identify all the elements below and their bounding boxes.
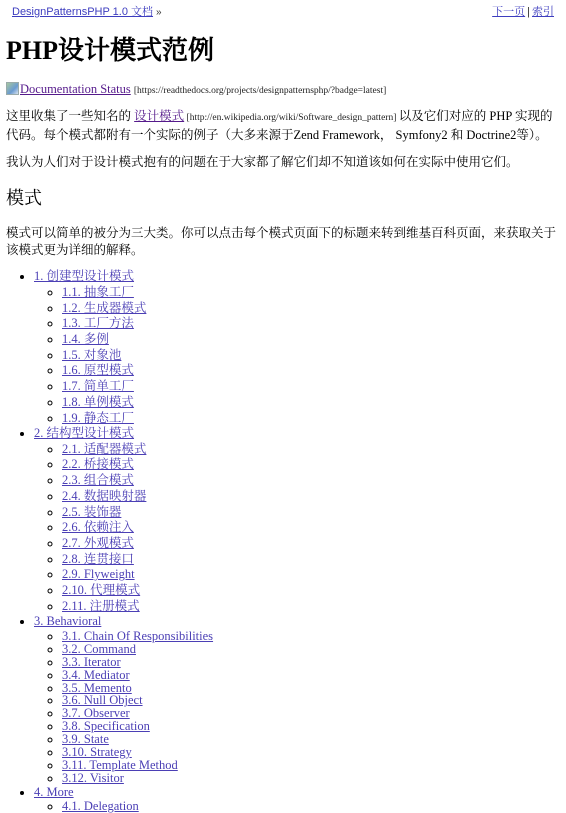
toc-link[interactable]: 3.1. Chain Of Responsibilities [62,629,213,643]
toc-subsection-list: 3.1. Chain Of Responsibilities 3.2. Comm… [34,630,558,785]
toc-link[interactable]: 3.5. Memento [62,681,132,695]
next-page-link[interactable]: 下一页 [492,6,525,18]
toc-link[interactable]: 3.2. Command [62,642,136,656]
documentation-status-link[interactable]: Documentation Status [6,82,131,96]
toc-subsection-list: 1.1. 抽象工厂 1.2. 生成器模式 1.3. 工厂方法 1.4. 多例 1… [34,285,558,426]
toc-link[interactable]: 3.9. State [62,732,109,746]
design-patterns-url: [http://en.wikipedia.org/wiki/Software_d… [184,113,399,123]
toc-link[interactable]: 1.6. 原型模式 [62,363,134,377]
toc-item: 3.9. State [62,733,558,746]
toc-link[interactable]: 3.4. Mediator [62,668,130,682]
toc-link[interactable]: 1.7. 简单工厂 [62,379,134,393]
toc-link-more[interactable]: 4. More [34,785,74,799]
toc-link-behavioral[interactable]: 3. Behavioral [34,614,101,628]
document-body: Documentation Status [https://readthedoc… [6,80,558,800]
toc-item: 3.11. Template Method [62,759,558,772]
related-links: 下一页|索引 [492,6,554,20]
toc-link[interactable]: 2.8. 连贯接口 [62,552,134,566]
toc-link[interactable]: 2.9. Flyweight [62,567,135,581]
badge-url: [https://readthedocs.org/projects/design… [134,86,386,96]
toc-link[interactable]: 1.9. 静态工厂 [62,411,134,425]
toc-link[interactable]: 2.4. 数据映射器 [62,489,146,503]
toc-item: 1.3. 工厂方法 [62,316,558,332]
toc-item: 3.4. Mediator [62,669,558,682]
toc-item: 1.9. 静态工厂 [62,411,558,427]
opinion-paragraph: 我认为人们对于设计模式抱有的问题在于大家都了解它们却不知道该如何在实际中使用它们… [6,154,558,171]
home-link[interactable]: DesignPatternsPHP 1.0 文档 [12,6,153,18]
toc-link[interactable]: 2.7. 外观模式 [62,536,134,550]
toc-link[interactable]: 3.8. Specification [62,719,150,733]
page-title: PHP设计模式范例 [6,35,214,68]
toc-item: 2.7. 外观模式 [62,536,558,552]
toc-link[interactable]: 3.10. Strategy [62,745,132,759]
toc-link[interactable]: 2.3. 组合模式 [62,473,134,487]
toc-link-creational[interactable]: 1. 创建型设计模式 [34,269,134,283]
toc-item: 2.9. Flyweight [62,567,558,583]
documentation-badge: Documentation Status [https://readthedoc… [6,82,558,98]
toc-item: 2.1. 适配器模式 [62,442,558,458]
toc-item: 1.8. 单例模式 [62,395,558,411]
toc-item: 3.3. Iterator [62,656,558,669]
toc-link[interactable]: 2.11. 注册模式 [62,599,140,613]
toc-item: 3.6. Null Object [62,694,558,707]
toc-link[interactable]: 1.8. 单例模式 [62,395,134,409]
toc-item: 3.2. Command [62,643,558,656]
toc-item: 1.5. 对象池 [62,348,558,364]
toc-link[interactable]: 3.12. Visitor [62,771,124,785]
toc-item: 3.12. Visitor [62,772,558,785]
documentation-status-alt: Documentation Status [20,82,131,96]
toc-link[interactable]: 3.7. Observer [62,706,130,720]
toc-item: 3.1. Chain Of Responsibilities [62,630,558,643]
toc-link[interactable]: 1.2. 生成器模式 [62,301,146,315]
section-heading-patterns: 模式 [6,187,558,210]
table-of-contents: 1. 创建型设计模式 1.1. 抽象工厂 1.2. 生成器模式 1.3. 工厂方… [6,269,558,800]
breadcrumb-separator: » [156,7,162,18]
toc-link[interactable]: 1.1. 抽象工厂 [62,285,134,299]
toc-item: 2.4. 数据映射器 [62,489,558,505]
toc-item: 2.6. 依赖注入 [62,520,558,536]
toc-subsection-list: 2.1. 适配器模式 2.2. 桥接模式 2.3. 组合模式 2.4. 数据映射… [34,442,558,615]
toc-link[interactable]: 1.5. 对象池 [62,348,121,362]
toc-item: 2.10. 代理模式 [62,583,558,599]
toc-link[interactable]: 1.3. 工厂方法 [62,316,134,330]
toc-item: 2.2. 桥接模式 [62,457,558,473]
toc-link[interactable]: 2.6. 依赖注入 [62,520,134,534]
toc-section: 4. More 4.1. Delegation [34,785,558,800]
toc-link[interactable]: 1.4. 多例 [62,332,109,346]
intro-text-start: 这里收集了一些知名的 [6,109,134,123]
toc-item: 2.5. 装饰器 [62,505,558,521]
toc-item: 1.7. 简单工厂 [62,379,558,395]
toc-link[interactable]: 3.6. Null Object [62,693,143,707]
toc-section: 2. 结构型设计模式 2.1. 适配器模式 2.2. 桥接模式 2.3. 组合模… [34,426,558,614]
toc-section: 3. Behavioral 3.1. Chain Of Responsibili… [34,614,558,784]
toc-item: 1.4. 多例 [62,332,558,348]
toc-link[interactable]: 3.3. Iterator [62,655,121,669]
toc-link-structural[interactable]: 2. 结构型设计模式 [34,426,134,440]
toc-link[interactable]: 2.2. 桥接模式 [62,457,134,471]
broken-image-icon [6,82,19,95]
toc-item: 1.6. 原型模式 [62,363,558,379]
toc-item: 2.8. 连贯接口 [62,552,558,568]
toc-item: 1.2. 生成器模式 [62,301,558,317]
toc-item: 3.8. Specification [62,720,558,733]
patterns-description: 模式可以简单的被分为三大类。你可以点击每个模式页面下的标题来转到维基百科页面，来… [6,225,558,259]
index-link[interactable]: 索引 [532,6,554,18]
design-patterns-link[interactable]: 设计模式 [134,109,184,123]
nav-separator: | [527,6,530,18]
toc-item: 1.1. 抽象工厂 [62,285,558,301]
intro-paragraph: 这里收集了一些知名的 设计模式 [http://en.wikipedia.org… [6,108,558,144]
top-navigation: DesignPatternsPHP 1.0 文档» 下一页|索引 [0,0,566,22]
toc-link[interactable]: 2.1. 适配器模式 [62,442,146,456]
breadcrumb: DesignPatternsPHP 1.0 文档» [12,6,162,20]
toc-item: 2.11. 注册模式 [62,599,558,615]
toc-link[interactable]: 3.11. Template Method [62,758,178,772]
toc-link[interactable]: 2.10. 代理模式 [62,583,140,597]
toc-link[interactable]: 2.5. 装饰器 [62,505,121,519]
toc-section: 1. 创建型设计模式 1.1. 抽象工厂 1.2. 生成器模式 1.3. 工厂方… [34,269,558,426]
toc-item: 2.3. 组合模式 [62,473,558,489]
